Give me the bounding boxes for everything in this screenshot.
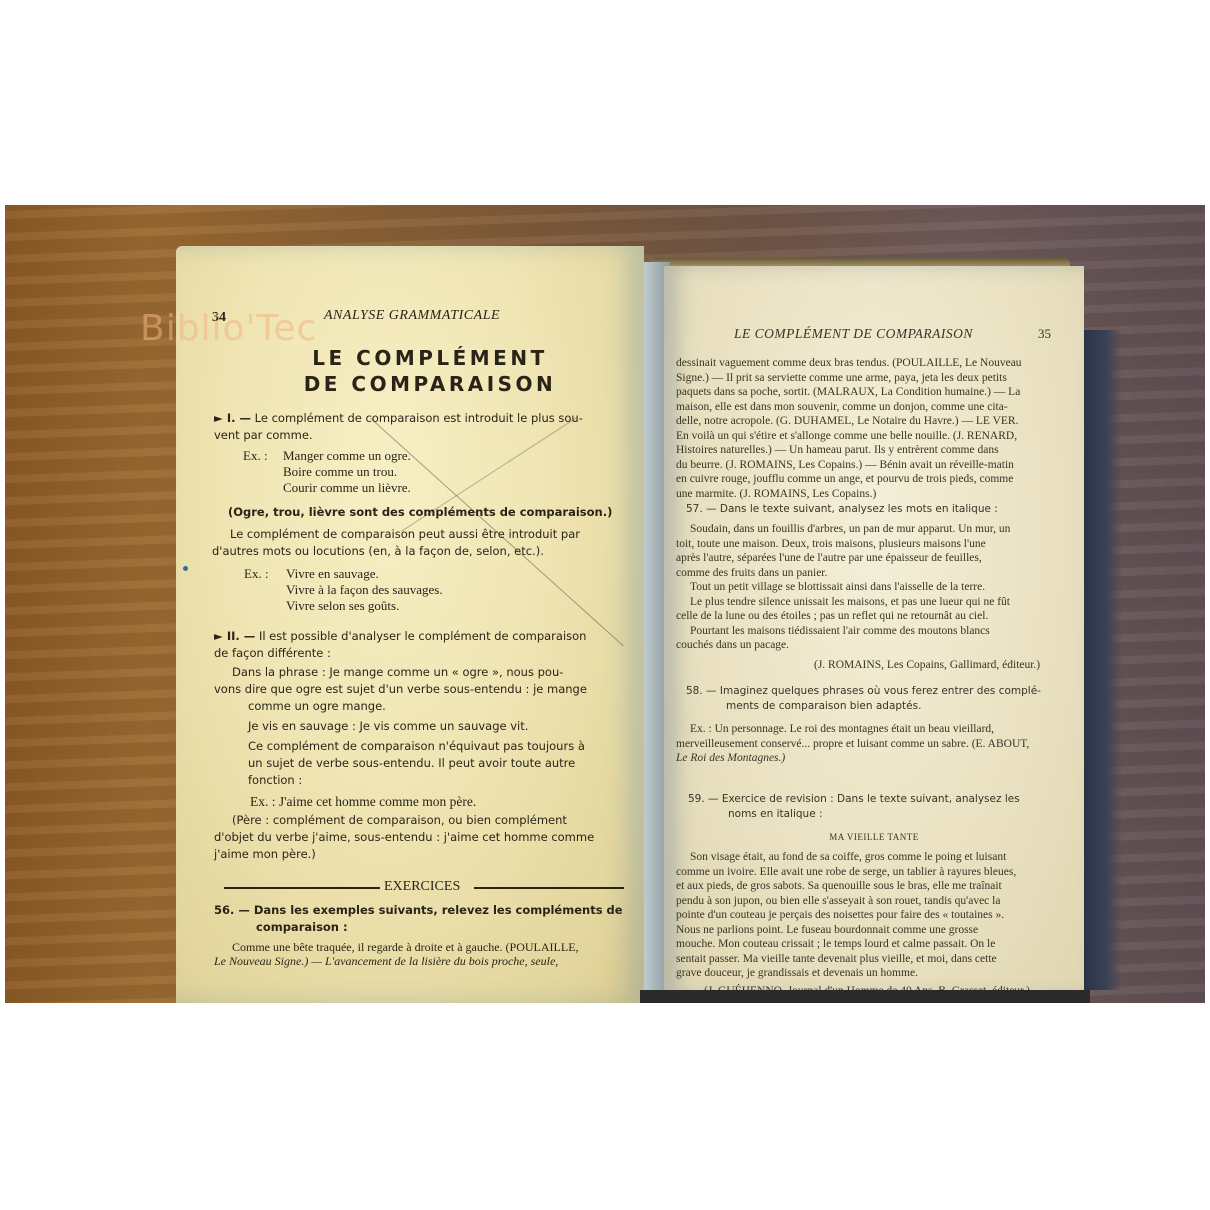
text-line: Le Roi des Montagnes.) — [676, 751, 1060, 766]
text-line: un sujet de verbe sous-entendu. Il peut … — [214, 755, 626, 772]
text-line: Ex. : Un personnage. Le roi des montagne… — [676, 722, 1060, 737]
section-marker-1: ► I. — — [214, 411, 251, 425]
text-line: couchés dans un pacage. — [676, 638, 1060, 653]
text-line: paquets dans sa poche, sortit. (MALRAUX,… — [676, 385, 1060, 400]
text-line: Ce complément de comparaison n'équivaut … — [214, 738, 626, 755]
exercise-58: 58. — Imaginez quelques phrases où vous … — [686, 684, 1066, 714]
text-line: delle, notre acropole. (G. DUHAMEL, Le N… — [676, 414, 1060, 429]
text-line: Le complément de comparaison est introdu… — [255, 411, 583, 425]
text-line: 58. — Imaginez quelques phrases où vous … — [686, 684, 1066, 699]
text-line: Dans la phrase : Je mange comme un « ogr… — [214, 664, 626, 681]
text-line: Son visage était, au fond de sa coiffe, … — [676, 850, 1060, 865]
text-title: MA VIEILLE TANTE — [664, 832, 1084, 842]
example-label-2: Ex. : — [244, 566, 269, 582]
text-line: Le Nouveau Signe.) — L'avancement de la … — [214, 954, 626, 968]
text-line: toit, toute une maison. Deux, trois mais… — [676, 537, 1060, 552]
text-line: d'autres mots ou locutions (en, à la faç… — [212, 543, 624, 560]
continued-examples: dessinait vaguement comme deux bras tend… — [676, 356, 1060, 501]
exercise-57-heading: 57. — Dans le texte suivant, analysez le… — [686, 502, 1066, 517]
section-marker-2: ► II. — — [214, 629, 255, 643]
example-item: Manger comme un ogre. — [283, 448, 411, 464]
text-line: de façon différente : — [214, 646, 331, 660]
section-2-intro: ► II. — Il est possible d'analyser le co… — [214, 628, 626, 662]
right-page: LE COMPLÉMENT DE COMPARAISON 35 dessinai… — [664, 266, 1084, 997]
example-label-1: Ex. : — [243, 448, 268, 464]
exercise-58-example: Ex. : Un personnage. Le roi des montagne… — [676, 722, 1060, 766]
text-line: Le complément de comparaison peut aussi … — [212, 526, 624, 543]
example-father: Ex. : J'aime cet homme comme mon père. — [250, 794, 476, 810]
running-head-right: LE COMPLÉMENT DE COMPARAISON — [734, 326, 973, 342]
divider-left — [224, 887, 380, 889]
text-line: En voilà un qui s'étire et s'allonge com… — [676, 429, 1060, 444]
exercise-56-text: Comme une bête traquée, il regarde à dro… — [214, 940, 626, 968]
text-line: Pourtant les maisons tiédissaient l'air … — [676, 624, 1060, 639]
book-cover-edge — [1084, 330, 1122, 990]
text-line: Soudain, dans un fouillis d'arbres, un p… — [676, 522, 1060, 537]
text-line: vent par comme. — [214, 428, 313, 442]
text-line: Histoires naturelles.) — Un hameau parut… — [676, 443, 1060, 458]
text-line: 56. — Dans les exemples suivants, releve… — [214, 902, 626, 919]
text-line: pendu à son jupon, ou bien elle s'asseya… — [676, 894, 1060, 909]
text-line: comme un ivoire. Elle avait une robe de … — [676, 865, 1060, 880]
exercices-heading: EXERCICES — [384, 879, 460, 895]
text-line: comparaison : — [214, 919, 626, 936]
text-line: après l'autre, séparées l'une de l'autre… — [676, 551, 1060, 566]
text-line: grave douceur, je grandissais et devenai… — [676, 966, 1060, 981]
text-line: vons dire que ogre est sujet d'un verbe … — [214, 681, 626, 698]
text-line: merveilleusement conservé... propre et l… — [676, 737, 1060, 752]
text-line: mouche. Mon couteau crissait ; le temps … — [676, 937, 1060, 952]
text-line: fonction : — [214, 772, 626, 789]
text-line: Nous ne parlions point. Le fuseau bourdo… — [676, 923, 1060, 938]
chapter-title-line2: DE COMPARAISON — [196, 372, 664, 396]
left-page: 34 ANALYSE GRAMMATICALE LE COMPLÉMENT DE… — [176, 246, 644, 1003]
text-line: du beurre. (J. ROMAINS, Les Copains.) — … — [676, 458, 1060, 473]
exercise-57-text: Soudain, dans un fouillis d'arbres, un p… — [676, 522, 1060, 653]
text-line: noms en italique : — [688, 807, 1068, 822]
text-line: une marmite. (J. ROMAINS, Les Copains.) — [676, 487, 1060, 502]
text-line: j'aime mon père.) — [214, 846, 626, 863]
example-item: Vivre en sauvage. — [286, 566, 443, 582]
text-line: pointe d'un couteau je perçais des noise… — [676, 908, 1060, 923]
running-head-left: ANALYSE GRAMMATICALE — [324, 308, 500, 324]
text-line: sentait passer. Ma vieille tante devenai… — [676, 952, 1060, 967]
exercise-59: 59. — Exercice de revision : Dans le tex… — [688, 792, 1068, 822]
page-number-right: 35 — [1038, 326, 1051, 342]
example-list-1: Manger comme un ogre. Boire comme un tro… — [283, 448, 411, 496]
text-line: Je vis en sauvage : Je vis comme un sauv… — [214, 718, 626, 735]
example-item: Vivre selon ses goûts. — [286, 598, 443, 614]
text-line: en cuivre rouge, joufflu comme un ange, … — [676, 472, 1060, 487]
divider-right — [474, 887, 624, 889]
text-line: Tout un petit village se blottissait ain… — [676, 580, 1060, 595]
exercise-56: 56. — Dans les exemples suivants, releve… — [214, 902, 626, 936]
text-line: comme un ogre mange. — [214, 698, 626, 715]
section-2-body: Dans la phrase : Je mange comme un « ogr… — [214, 664, 626, 789]
chapter-title-line1: LE COMPLÉMENT — [196, 346, 664, 370]
text-line: dessinait vaguement comme deux bras tend… — [676, 356, 1060, 371]
book-cover-bottom — [640, 990, 1090, 1003]
text-line: maison, elle est dans mon souvenir, comm… — [676, 400, 1060, 415]
text-line: et aux pieds, de gros sabots. Sa quenoui… — [676, 879, 1060, 894]
note-2: (Père : complément de comparaison, ou bi… — [214, 812, 626, 863]
exercise-57-source: (J. ROMAINS, Les Copains, Gallimard, édi… — [814, 658, 1040, 673]
paragraph-other-words: Le complément de comparaison peut aussi … — [212, 526, 624, 560]
example-item: Courir comme un lièvre. — [283, 480, 411, 496]
text-line: (Père : complément de comparaison, ou bi… — [214, 812, 626, 829]
text-line: celle de la lune ou des étoiles ; pas un… — [676, 609, 1060, 624]
example-item: Boire comme un trou. — [283, 464, 411, 480]
ink-dot — [183, 566, 188, 571]
text-line: Le plus tendre silence unissait les mais… — [676, 595, 1060, 610]
watermark-logo: Biblio'Tec — [140, 308, 317, 349]
exercise-59-text: Son visage était, au fond de sa coiffe, … — [676, 850, 1060, 981]
text-line: 59. — Exercice de revision : Dans le tex… — [688, 792, 1068, 807]
example-item: Vivre à la façon des sauvages. — [286, 582, 443, 598]
text-line: comme des fruits dans un panier. — [676, 566, 1060, 581]
text-line: Il est possible d'analyser le complément… — [259, 629, 587, 643]
text-line: Comme une bête traquée, il regarde à dro… — [214, 940, 626, 954]
text-line: ments de comparaison bien adaptés. — [686, 699, 1066, 714]
example-list-2: Vivre en sauvage. Vivre à la façon des s… — [286, 566, 443, 614]
text-line: d'objet du verbe j'aime, sous-entendu : … — [214, 829, 626, 846]
text-line: Signe.) — Il prit sa serviette comme une… — [676, 371, 1060, 386]
